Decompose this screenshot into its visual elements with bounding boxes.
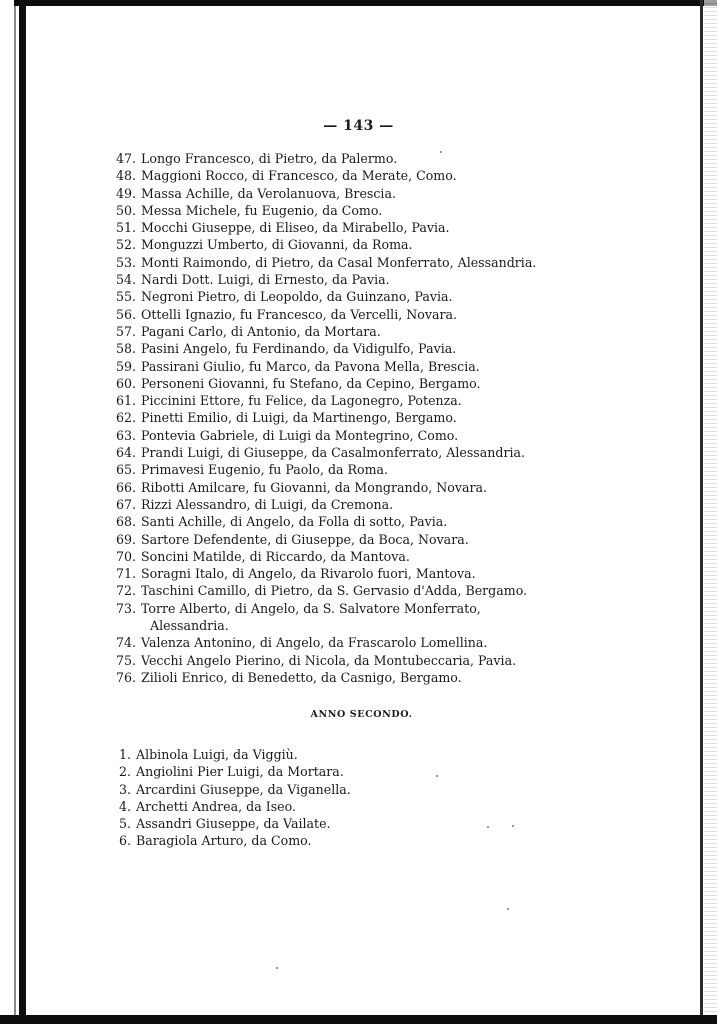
list-item: 60.Personeni Giovanni, fu Stefano, da Ce…: [116, 375, 536, 392]
scan-speck: [513, 266, 515, 268]
entry-number: 70.: [116, 548, 141, 565]
scan-speck: [507, 908, 509, 910]
entry-number: 57.: [116, 323, 141, 340]
entry-number: 65.: [116, 461, 141, 478]
entry-number: 51.: [116, 219, 141, 236]
entry-text: Santi Achille, di Angelo, da Folla di so…: [141, 514, 447, 529]
entry-text: Valenza Antonino, di Angelo, da Frascaro…: [141, 635, 487, 650]
entry-number: 55.: [116, 288, 141, 305]
list-item: 67.Rizzi Alessandro, di Luigi, da Cremon…: [116, 496, 536, 513]
entry-text: Messa Michele, fu Eugenio, da Como.: [141, 203, 382, 218]
scan-border-bottom: [0, 1015, 717, 1024]
entry-text: Pagani Carlo, di Antonio, da Mortara.: [141, 324, 381, 339]
entry-number: 56.: [116, 306, 141, 323]
entry-text: Assandri Giuseppe, da Vailate.: [136, 816, 331, 831]
list-item: 52.Monguzzi Umberto, di Giovanni, da Rom…: [116, 236, 536, 253]
entry-text: Primavesi Eugenio, fu Paolo, da Roma.: [141, 462, 388, 477]
entry-number: 6.: [119, 832, 136, 849]
entry-text: Albinola Luigi, da Viggiù.: [136, 747, 298, 762]
list-item: 59.Passirani Giulio, fu Marco, da Pavona…: [116, 358, 536, 375]
entry-number: 69.: [116, 531, 141, 548]
entry-text: Pinetti Emilio, di Luigi, da Martinengo,…: [141, 410, 457, 425]
entry-text: Prandi Luigi, di Giuseppe, da Casalmonfe…: [141, 445, 525, 460]
page-number: — 143 —: [0, 118, 717, 134]
scan-speck: [436, 775, 438, 777]
entry-text: Ribotti Amilcare, fu Giovanni, da Mongra…: [141, 480, 487, 495]
entry-text: Soncini Matilde, di Riccardo, da Mantova…: [141, 549, 410, 564]
list-item: 50.Messa Michele, fu Eugenio, da Como.: [116, 202, 536, 219]
entry-text: Monguzzi Umberto, di Giovanni, da Roma.: [141, 237, 413, 252]
scan-speck: [512, 825, 514, 827]
entry-text: Piccinini Ettore, fu Felice, da Lagonegr…: [141, 393, 462, 408]
entry-number: 3.: [119, 781, 136, 798]
list-item: 1.Albinola Luigi, da Viggiù.: [119, 746, 351, 763]
entry-text: Rizzi Alessandro, di Luigi, da Cremona.: [141, 497, 393, 512]
list-item: 2.Angiolini Pier Luigi, da Mortara.: [119, 763, 351, 780]
list-item: 57.Pagani Carlo, di Antonio, da Mortara.: [116, 323, 536, 340]
list-item: 51.Mocchi Giuseppe, di Eliseo, da Mirabe…: [116, 219, 536, 236]
entry-number: 67.: [116, 496, 141, 513]
entry-text: Negroni Pietro, di Leopoldo, da Guinzano…: [141, 289, 453, 304]
list-item: 4.Archetti Andrea, da Iseo.: [119, 798, 351, 815]
list-item: 56.Ottelli Ignazio, fu Francesco, da Ver…: [116, 306, 536, 323]
list-item: 61.Piccinini Ettore, fu Felice, da Lagon…: [116, 392, 536, 409]
list-item: 73.Torre Alberto, di Angelo, da S. Salva…: [116, 600, 536, 617]
entry-number: 2.: [119, 763, 136, 780]
list-item: 48.Maggioni Rocco, di Francesco, da Mera…: [116, 167, 536, 184]
scan-speck: [440, 151, 442, 153]
list-item: 47.Longo Francesco, di Pietro, da Palerm…: [116, 150, 536, 167]
entry-text: Personeni Giovanni, fu Stefano, da Cepin…: [141, 376, 481, 391]
list-item: 62.Pinetti Emilio, di Luigi, da Martinen…: [116, 409, 536, 426]
entry-text: Vecchi Angelo Pierino, di Nicola, da Mon…: [141, 653, 516, 668]
scan-edge-noise: [704, 0, 717, 1024]
list-item: 66.Ribotti Amilcare, fu Giovanni, da Mon…: [116, 479, 536, 496]
entry-number: 71.: [116, 565, 141, 582]
entry-number: 1.: [119, 746, 136, 763]
entry-number: 52.: [116, 236, 141, 253]
section-heading-anno-secondo: ANNO SECONDO.: [0, 709, 717, 720]
entry-number: 4.: [119, 798, 136, 815]
list-item: 68.Santi Achille, di Angelo, da Folla di…: [116, 513, 536, 530]
scan-border-top: [14, 0, 717, 6]
entry-text: Torre Alberto, di Angelo, da S. Salvator…: [141, 601, 481, 616]
entry-number: 58.: [116, 340, 141, 357]
scan-border-left-thin: [14, 6, 16, 1016]
entry-number: 47.: [116, 150, 141, 167]
entry-text: Arcardini Giuseppe, da Viganella.: [136, 782, 351, 797]
list-item: 63.Pontevia Gabriele, di Luigi da Monteg…: [116, 427, 536, 444]
entry-number: 74.: [116, 634, 141, 651]
list-item-continuation: Alessandria.: [116, 617, 536, 634]
list-item: 53.Monti Raimondo, di Pietro, da Casal M…: [116, 254, 536, 271]
scan-border-left: [19, 0, 26, 1024]
entry-number: 49.: [116, 185, 141, 202]
list-item: 71.Soragni Italo, di Angelo, da Rivarolo…: [116, 565, 536, 582]
entry-number: 59.: [116, 358, 141, 375]
entry-number: 53.: [116, 254, 141, 271]
list-item: 65.Primavesi Eugenio, fu Paolo, da Roma.: [116, 461, 536, 478]
list-item: 76.Zilioli Enrico, di Benedetto, da Casn…: [116, 669, 536, 686]
entry-number: 76.: [116, 669, 141, 686]
entry-text: Zilioli Enrico, di Benedetto, da Casnigo…: [141, 670, 462, 685]
entry-number: 48.: [116, 167, 141, 184]
entry-text: Pasini Angelo, fu Ferdinando, da Vidigul…: [141, 341, 456, 356]
entry-number: 63.: [116, 427, 141, 444]
entry-number: 64.: [116, 444, 141, 461]
entry-number: 68.: [116, 513, 141, 530]
scan-speck: [487, 826, 489, 828]
student-list-second-year: 1.Albinola Luigi, da Viggiù. 2.Angiolini…: [119, 746, 351, 850]
list-item: 54.Nardi Dott. Luigi, di Ernesto, da Pav…: [116, 271, 536, 288]
scan-speck: [276, 967, 278, 969]
entry-text: Massa Achille, da Verolanuova, Brescia.: [141, 186, 396, 201]
entry-number: 75.: [116, 652, 141, 669]
list-item: 69.Sartore Defendente, di Giuseppe, da B…: [116, 531, 536, 548]
entry-text: Sartore Defendente, di Giuseppe, da Boca…: [141, 532, 469, 547]
entry-text: Taschini Camillo, di Pietro, da S. Gerva…: [141, 583, 527, 598]
list-item: 3.Arcardini Giuseppe, da Viganella.: [119, 781, 351, 798]
entry-text: Passirani Giulio, fu Marco, da Pavona Me…: [141, 359, 480, 374]
entry-number: 72.: [116, 582, 141, 599]
list-item: 5.Assandri Giuseppe, da Vailate.: [119, 815, 351, 832]
entry-text: Angiolini Pier Luigi, da Mortara.: [136, 764, 344, 779]
entry-text: Nardi Dott. Luigi, di Ernesto, da Pavia.: [141, 272, 390, 287]
list-item: 70.Soncini Matilde, di Riccardo, da Mant…: [116, 548, 536, 565]
list-item: 75.Vecchi Angelo Pierino, di Nicola, da …: [116, 652, 536, 669]
entry-text: Monti Raimondo, di Pietro, da Casal Monf…: [141, 255, 536, 270]
entry-number: 73.: [116, 600, 141, 617]
entry-number: 5.: [119, 815, 136, 832]
list-item: 64.Prandi Luigi, di Giuseppe, da Casalmo…: [116, 444, 536, 461]
entry-number: 50.: [116, 202, 141, 219]
entry-text: Longo Francesco, di Pietro, da Palermo.: [141, 151, 397, 166]
entry-text: Mocchi Giuseppe, di Eliseo, da Mirabello…: [141, 220, 450, 235]
list-item: 58.Pasini Angelo, fu Ferdinando, da Vidi…: [116, 340, 536, 357]
entry-text: Archetti Andrea, da Iseo.: [136, 799, 296, 814]
scan-border-right: [700, 0, 703, 1024]
list-item: 6.Baragiola Arturo, da Como.: [119, 832, 351, 849]
list-item: 49.Massa Achille, da Verolanuova, Bresci…: [116, 185, 536, 202]
entry-number: 62.: [116, 409, 141, 426]
entry-number: 61.: [116, 392, 141, 409]
entry-number: 66.: [116, 479, 141, 496]
entry-text: Ottelli Ignazio, fu Francesco, da Vercel…: [141, 307, 457, 322]
entry-number: 60.: [116, 375, 141, 392]
list-item: 55.Negroni Pietro, di Leopoldo, da Guinz…: [116, 288, 536, 305]
entry-text: Soragni Italo, di Angelo, da Rivarolo fu…: [141, 566, 476, 581]
list-item: 74.Valenza Antonino, di Angelo, da Frasc…: [116, 634, 536, 651]
student-list-first-year-continued: 47.Longo Francesco, di Pietro, da Palerm…: [116, 150, 536, 686]
list-item: 72.Taschini Camillo, di Pietro, da S. Ge…: [116, 582, 536, 599]
entry-text: Maggioni Rocco, di Francesco, da Merate,…: [141, 168, 457, 183]
entry-text: Baragiola Arturo, da Como.: [136, 833, 312, 848]
entry-text: Pontevia Gabriele, di Luigi da Montegrin…: [141, 428, 458, 443]
entry-number: 54.: [116, 271, 141, 288]
